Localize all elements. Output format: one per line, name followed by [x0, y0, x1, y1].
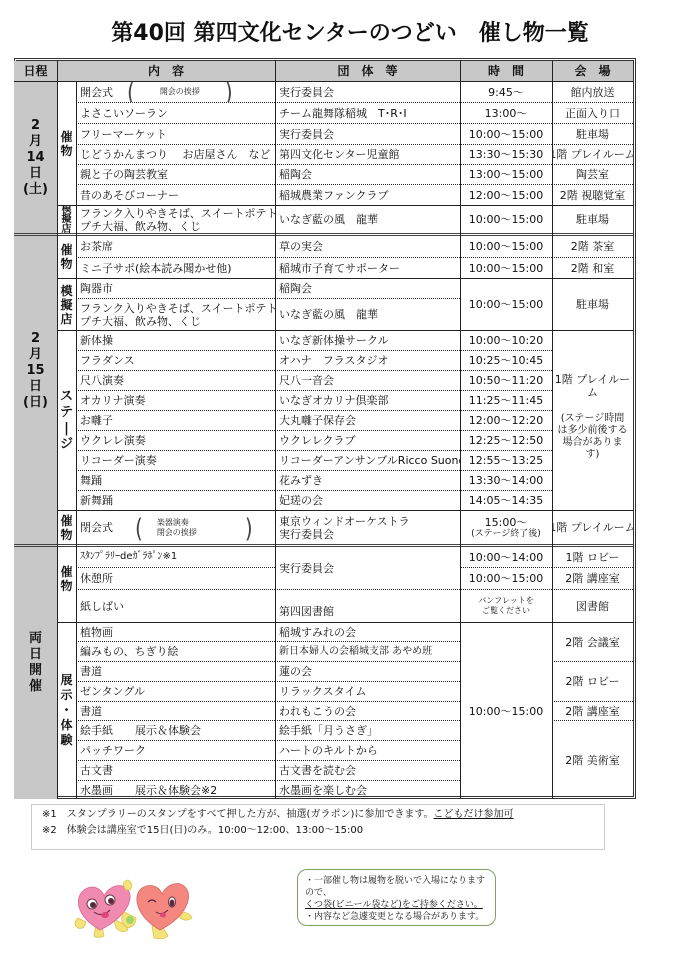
opening-ceremony-detail: (開会の挨拶): [127, 87, 233, 97]
stage-org: いなぎオカリナ倶楽部: [275, 391, 460, 411]
event-org: チーム龍舞隊稲城 T･R･I: [275, 103, 460, 124]
stage-org: 尺八一音会: [275, 371, 460, 391]
exhibit-org: リラックスタイム: [275, 682, 460, 702]
stage-time: 13:30〜14:00: [460, 471, 552, 491]
stage-org: ウクレレクラブ: [275, 431, 460, 451]
event-venue: 1階 プレイルーム: [552, 145, 633, 165]
exhibit-content: 編みもの、ちぎり絵: [76, 642, 275, 662]
page-title: 第40回 第四文化センターのつどい 催し物一覧: [0, 16, 700, 47]
stage-time: 12:55〜13:25: [460, 451, 552, 471]
column-divider: [552, 61, 553, 799]
exhibit-content: 古文書: [76, 761, 275, 781]
date-feb15: 2 月 15 日 (日): [14, 236, 57, 547]
event-org-shared: 実行委員会: [275, 547, 460, 590]
event-org: 実行委員会: [275, 82, 460, 103]
exhibit-content: 植物画: [76, 623, 275, 642]
closing-ceremony-label: 閉会式: [80, 521, 113, 534]
exhibit-venue: 2階 美術室: [552, 721, 633, 799]
event-org: 稲城農業ファンクラブ: [275, 185, 460, 206]
notice-line-1: ・一部催し物は履物を脱いで入場になりますので、: [305, 875, 489, 899]
event-venue: 陶芸室: [552, 165, 633, 185]
bracket-left: (: [135, 521, 143, 534]
event-time: 10:00〜15:00: [460, 206, 552, 236]
event-content: ミニ子サポ(絵本読み聞かせ他): [76, 258, 275, 279]
header-time: 時 間: [460, 61, 552, 82]
stage-time-note: (ステージ時間は多少前後する場合があります): [552, 413, 633, 461]
event-org: いなぎ藍の風 龍華: [275, 206, 460, 236]
category-events: 催 物: [57, 82, 76, 206]
stall-content: 陶器市: [76, 279, 275, 299]
event-content: じどうかんまつり お店屋さん など: [76, 145, 275, 165]
exhibit-org: ハートのキルトから: [275, 741, 460, 761]
stage-content: 舞踊: [76, 471, 275, 491]
event-org: 第四図書館: [275, 590, 460, 623]
footnotes: ※1 スタンプラリーのスタンプをすべて押した方が、抽選(ガラポン)に参加できます…: [31, 804, 605, 850]
category-exhibits: 展 示 ・ 体 験: [57, 623, 76, 799]
exhibit-content: 絵手紙 展示＆体験会: [76, 721, 275, 741]
stage-content: 新体操: [76, 331, 275, 351]
stage-org: 大丸囃子保存会: [275, 411, 460, 431]
event-time: 13:00〜: [460, 103, 552, 124]
bracket-right: ): [225, 86, 233, 99]
stage-time: 11:25〜11:45: [460, 391, 552, 411]
stage-time: 12:00〜12:20: [460, 411, 552, 431]
closing-after-stage: (ステージ終了後): [471, 529, 541, 539]
event-content: 親と子の陶芸教室: [76, 165, 275, 185]
event-time: 13:30〜15:30: [460, 145, 552, 165]
event-time: 10:00〜14:00: [460, 547, 552, 568]
event-time: 10:00〜15:00: [460, 568, 552, 590]
notice-box: ・一部催し物は履物を脱いで入場になりますので、 くつ袋(ビニール袋など)をご持参…: [297, 869, 496, 926]
footnote-2: ※2 体験会は講座室で15日(日)のみ。10:00〜12:00、13:00〜15…: [42, 823, 594, 839]
event-org: 草の実会: [275, 236, 460, 258]
header-content: 内 容: [57, 61, 275, 82]
event-venue: 2階 茶室: [552, 236, 633, 258]
event-content: よさこいソーラン: [76, 103, 275, 124]
event-venue: 2階 講座室: [552, 568, 633, 590]
event-venue: 正面入り口: [552, 103, 633, 124]
column-divider: [57, 61, 58, 799]
event-venue: 2階 視聴覚室: [552, 185, 633, 206]
exhibit-content: パッチワーク: [76, 741, 275, 761]
stage-content: ウクレレ演奏: [76, 431, 275, 451]
category-stalls: 模 擬 店: [57, 206, 76, 236]
event-content: フリーマーケット: [76, 124, 275, 145]
category-stalls: 模 擬 店: [57, 279, 76, 331]
column-divider: [76, 82, 77, 799]
stage-org: いなぎ新体操サークル: [275, 331, 460, 351]
closing-ceremony: 閉会式(楽器演奏閉会の挨拶): [76, 511, 275, 547]
footnote-1: ※1 スタンプラリーのスタンプをすべて押した方が、抽選(ガラポン)に参加できます…: [42, 807, 594, 823]
exhibit-content: 書道: [76, 702, 275, 721]
instrument-performance: 楽器演奏: [157, 518, 239, 528]
event-content: お茶席: [76, 236, 275, 258]
event-venue: 2階 和室: [552, 258, 633, 279]
event-time: 10:00〜15:00: [460, 236, 552, 258]
stage-content: お囃子: [76, 411, 275, 431]
event-venue: 図書館: [552, 590, 633, 623]
heart-mascots-icon: [68, 878, 196, 940]
exhibit-venue: 2階 講座室: [552, 702, 633, 721]
exhibit-content: 水墨画 展示＆体験会※2: [76, 781, 275, 799]
event-org: 実行委員会: [275, 124, 460, 145]
bracket-left: (: [127, 86, 135, 99]
header-org: 団 体 等: [275, 61, 460, 82]
exhibit-time: 10:00〜15:00: [460, 623, 552, 799]
closing-ceremony-detail: (楽器演奏閉会の挨拶): [135, 518, 253, 538]
header-venue: 会 場: [552, 61, 633, 82]
closing-greeting: 閉会の挨拶: [157, 528, 239, 538]
exhibit-org: 蓮の会: [275, 662, 460, 682]
notice-line-2: くつ袋(ビニール袋など)をご持参ください。: [305, 899, 489, 911]
column-divider: [460, 61, 461, 799]
children-only-note: こどもだけ参加可: [434, 809, 514, 820]
event-time: パンフレットを ご覧ください: [460, 590, 552, 623]
opening-greeting: 開会の挨拶: [135, 87, 225, 97]
stage-org: オハナ フラスタジオ: [275, 351, 460, 371]
stage-time: 12:25〜12:50: [460, 431, 552, 451]
exhibit-org: 絵手紙「月うさぎ」: [275, 721, 460, 741]
stage-content: フラダンス: [76, 351, 275, 371]
event-org: 稲城市子育てサポーター: [275, 258, 460, 279]
exhibit-org: 稲城すみれの会: [275, 623, 460, 642]
notice-line-3: ・内容など急遽変更となる場合があります。: [305, 911, 489, 923]
event-content: ｽﾀﾝﾌﾟﾗﾘｰdeｶﾞﾗﾎﾟﾝ※1: [76, 547, 275, 568]
category-events: 催 物: [57, 236, 76, 279]
exhibit-org: 古文書を読む会: [275, 761, 460, 781]
exhibit-content: 書道: [76, 662, 275, 682]
event-venue: 駐車場: [552, 124, 633, 145]
event-venue: 館内放送: [552, 82, 633, 103]
stage-time: 10:25〜10:45: [460, 351, 552, 371]
stage-venue: 1階 プレイルーム(ステージ時間は多少前後する場合があります): [552, 331, 633, 511]
stage-content: オカリナ演奏: [76, 391, 275, 411]
exhibit-org: 新日本婦人の会稲城支部 あやめ班: [275, 642, 460, 662]
event-org: 第四文化センター児童館: [275, 145, 460, 165]
stage-venue-label: 1階 プレイルーム: [552, 373, 633, 399]
category-events: 催 物: [57, 547, 76, 623]
exhibit-org: 水墨画を楽しむ会: [275, 781, 460, 799]
stall-time: 10:00〜15:00: [460, 279, 552, 331]
stage-time: 14:05〜14:35: [460, 491, 552, 511]
stage-content: リコーダー演奏: [76, 451, 275, 471]
event-venue: 駐車場: [552, 206, 633, 236]
event-time: 10:00〜15:00: [460, 124, 552, 145]
closing-venue: 1階 プレイルーム: [552, 511, 633, 547]
bracket-right: ): [245, 521, 253, 534]
stage-org: 花みずき: [275, 471, 460, 491]
event-venue: 1階 ロビー: [552, 547, 633, 568]
stall-org: 稲陶会: [275, 279, 460, 299]
event-time: 9:45〜: [460, 82, 552, 103]
stage-content: 尺八演奏: [76, 371, 275, 391]
event-content: 開会式(開会の挨拶): [76, 82, 275, 103]
category-events: 催 物: [57, 511, 76, 547]
stall-venue: 駐車場: [552, 279, 633, 331]
event-content: 昔のあそびコーナー: [76, 185, 275, 206]
stage-content: 新舞踊: [76, 491, 275, 511]
stall-org: いなぎ藍の風 龍華: [275, 299, 460, 331]
stall-content: フランク入りやきそば、スイートポテト、 プチ大福、飲み物、くじ: [76, 299, 275, 331]
event-time: 13:00〜15:00: [460, 165, 552, 185]
exhibit-content: ゼンタングル: [76, 682, 275, 702]
header-date: 日程: [14, 61, 57, 82]
exhibit-venue: 2階 会議室: [552, 623, 633, 662]
date-both-days: 両 日 開 催: [14, 547, 57, 799]
orchestra-name: 東京ウィンドオーケストラ: [279, 515, 410, 528]
date-feb14: 2 月 14 日 (土): [14, 82, 57, 236]
exhibit-org: われもこうの会: [275, 702, 460, 721]
closing-org: 東京ウィンドオーケストラ実行委員会: [275, 511, 460, 547]
category-stage: ス テ | ジ: [57, 331, 76, 511]
event-content: 紙しばい: [76, 590, 275, 623]
exhibit-venue: 2階 ロビー: [552, 662, 633, 702]
event-time: 12:00〜15:00: [460, 185, 552, 206]
event-org: 稲陶会: [275, 165, 460, 185]
stage-time: 10:50〜11:20: [460, 371, 552, 391]
event-content: 休憩所: [76, 568, 275, 590]
closing-time: 15:00〜(ステージ終了後): [460, 511, 552, 547]
column-divider: [275, 61, 276, 799]
committee-name: 実行委員会: [279, 528, 334, 541]
stage-org: 妃瑳の会: [275, 491, 460, 511]
event-content: フランク入りやきそば、スイートポテト、 プチ大福、飲み物、くじ: [76, 206, 275, 236]
stage-org: リコーダーアンサンブルRicco Suono: [275, 451, 460, 471]
opening-ceremony-label: 開会式: [80, 86, 113, 99]
stage-time: 10:00〜10:20: [460, 331, 552, 351]
events-table: 日程内 容団 体 等時 間会 場2 月 14 日 (土)催 物模 擬 店開会式(…: [14, 58, 636, 799]
closing-start: 15:00〜: [485, 516, 528, 529]
event-time: 10:00〜15:00: [460, 258, 552, 279]
